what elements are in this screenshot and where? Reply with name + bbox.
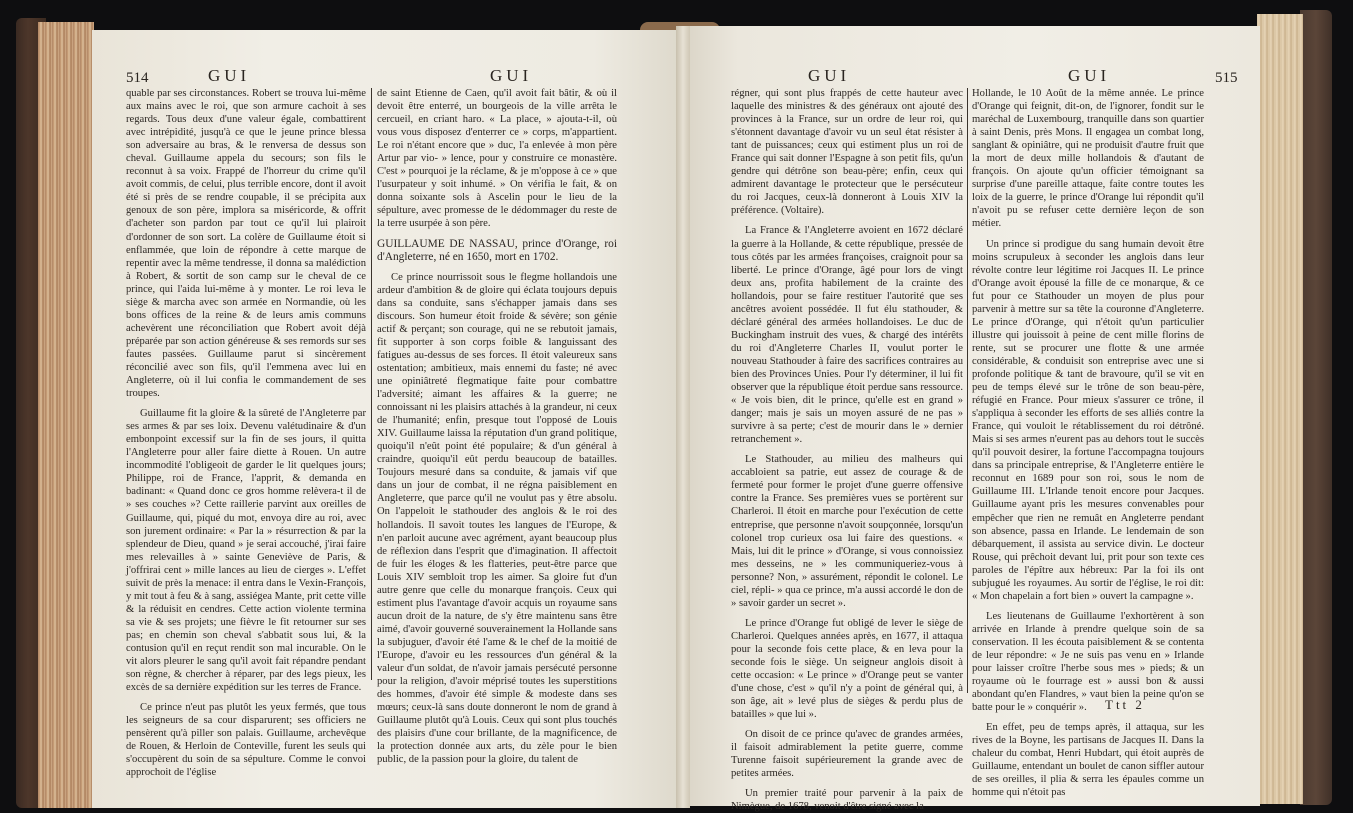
open-book: 514 GUI GUI quable par ses circonstances… [0, 0, 1353, 813]
running-head-left-col1: GUI [208, 66, 250, 86]
page-edges-left [38, 22, 94, 808]
page-number-right: 515 [1215, 70, 1238, 87]
paragraph: quable par ses circonstances. Robert se … [126, 87, 366, 400]
paragraph: En effet, peu de temps après, il attaqua… [972, 721, 1204, 799]
article-heading: GUILLAUME DE NASSAU, prince d'Orange, ro… [377, 238, 617, 264]
paragraph: Les lieutenans de Guillaume l'exhortèren… [972, 610, 1204, 714]
right-page-column-2: Hollande, le 10 Août de la même année. L… [972, 87, 1204, 806]
paragraph: Un premier traité pour parvenir à la pai… [731, 787, 963, 813]
page-edges-right [1257, 14, 1303, 804]
paragraph: Ce prince n'eut pas plutôt les yeux ferm… [126, 701, 366, 779]
page-number-left: 514 [126, 70, 149, 87]
paragraph: régner, qui sont plus frappés de cette h… [731, 87, 963, 217]
paragraph: Le prince d'Orange fut obligé de lever l… [731, 617, 963, 721]
book-cover-right [1300, 10, 1332, 805]
paragraph: Un prince si prodigue du sang humain dev… [972, 238, 1204, 603]
paragraph: On disoit de ce prince qu'avec de grande… [731, 728, 963, 780]
running-head-right-col1: GUI [808, 66, 850, 86]
paragraph: Guillaume fit la gloire & la sûreté de l… [126, 407, 366, 694]
paragraph: Le Stathouder, au milieu des malheurs qu… [731, 453, 963, 610]
book-gutter [676, 26, 690, 808]
paragraph: de saint Etienne de Caen, qu'il avoit fa… [377, 87, 617, 231]
left-page-column-2: de saint Etienne de Caen, qu'il avoit fa… [377, 87, 617, 773]
running-head-right-col2: GUI [1068, 66, 1110, 86]
running-head-left-col2: GUI [490, 66, 532, 86]
column-divider [967, 88, 968, 693]
paragraph: Hollande, le 10 Août de la même année. L… [972, 87, 1204, 231]
paragraph: La France & l'Angleterre avoient en 1672… [731, 224, 963, 446]
left-page-column-1: quable par ses circonstances. Robert se … [126, 87, 366, 786]
signature-mark: Ttt 2 [1105, 697, 1145, 713]
column-divider [371, 88, 372, 680]
right-page-column-1: régner, qui sont plus frappés de cette h… [731, 87, 963, 813]
paragraph: Ce prince nourrissoit sous le flegme hol… [377, 271, 617, 767]
